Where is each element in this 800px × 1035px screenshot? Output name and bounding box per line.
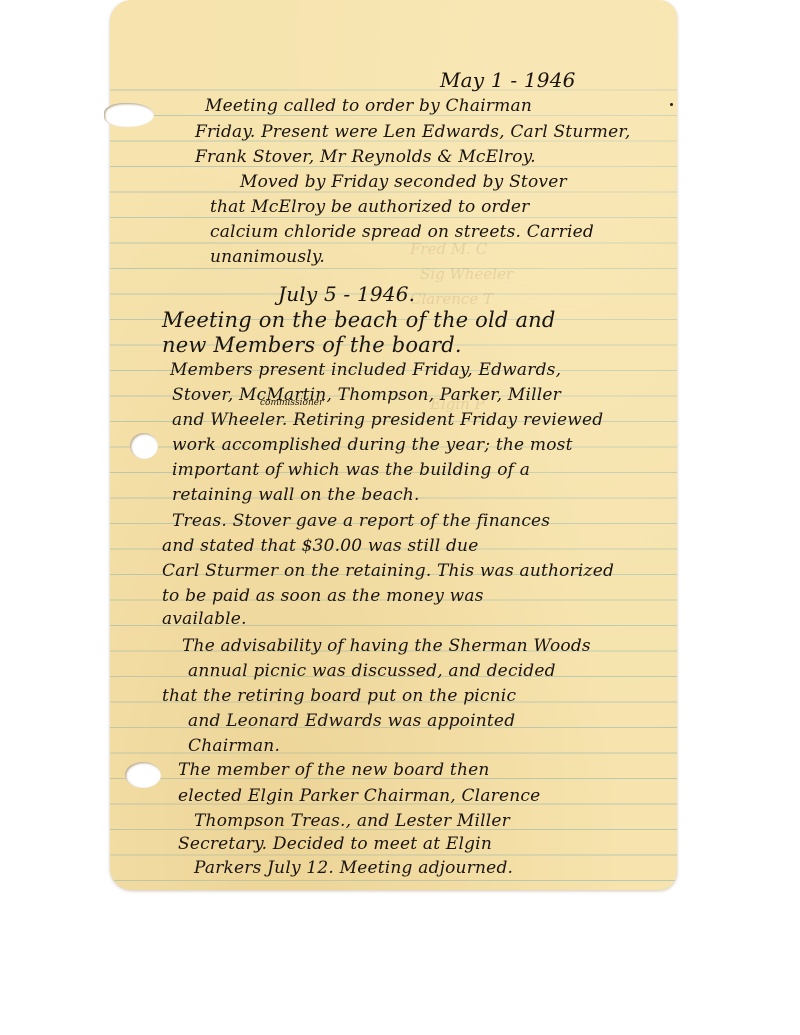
minutes-line: Parkers July 12. Meeting adjourned.: [194, 858, 513, 878]
bleed-through-text: Fred M. C: [410, 240, 487, 258]
minutes-line: Meeting called to order by Chairman: [205, 96, 532, 116]
minutes-line: Members present included Friday, Edwards…: [170, 360, 561, 380]
minutes-line: elected Elgin Parker Chairman, Clarence: [178, 786, 540, 806]
bleed-through-text: Clarence T: [410, 290, 493, 308]
bleed-through-text: Sig Wheeler: [420, 265, 513, 283]
minutes-line: The advisability of having the Sherman W…: [182, 636, 591, 656]
minutes-line: unanimously.: [210, 247, 325, 267]
minutes-line: and stated that $30.00 was still due: [162, 536, 478, 556]
minutes-line: new Members of the board.: [162, 333, 462, 357]
minutes-line: available.: [162, 609, 247, 629]
entry-date: July 5 - 1946.: [278, 282, 415, 306]
minutes-line: Frank Stover, Mr Reynolds & McElroy.: [195, 147, 536, 167]
punch-hole-bottom: [125, 762, 161, 788]
minutes-line: Chairman.: [188, 736, 280, 756]
minutes-line: that McElroy be authorized to order: [210, 197, 530, 217]
minutes-line: that the retiring board put on the picni…: [162, 686, 516, 706]
minutes-line: The member of the new board then: [178, 760, 490, 780]
punch-hole-top: [104, 103, 154, 127]
minutes-line: annual picnic was discussed, and decided: [188, 661, 556, 681]
interlinear-insertion: commissioner: [260, 398, 323, 408]
minutes-line: work accomplished during the year; the m…: [172, 435, 573, 455]
ink-dot: [670, 103, 673, 106]
minutes-line: Meeting on the beach of the old and: [162, 308, 556, 332]
minutes-line: Carl Sturmer on the retaining. This was …: [162, 561, 614, 581]
minutes-line: calcium chloride spread on streets. Carr…: [210, 222, 594, 242]
minutes-line: and Wheeler. Retiring president Friday r…: [172, 410, 603, 430]
minutes-line: Thompson Treas., and Lester Miller: [194, 811, 510, 831]
minutes-line: to be paid as soon as the money was: [162, 586, 484, 606]
punch-hole-middle: [130, 433, 158, 459]
minutes-line: Moved by Friday seconded by Stover: [240, 172, 567, 192]
notepaper-page: Fred M. C Sig Wheeler Clarence T Elgin P…: [110, 0, 677, 890]
minutes-line: important of which was the building of a: [172, 460, 530, 480]
minutes-line: and Leonard Edwards was appointed: [188, 711, 515, 731]
minutes-line: Friday. Present were Len Edwards, Carl S…: [195, 122, 630, 142]
minutes-line: Treas. Stover gave a report of the finan…: [172, 511, 550, 531]
minutes-line: retaining wall on the beach.: [172, 485, 420, 505]
minutes-line: Secretary. Decided to meet at Elgin: [178, 834, 492, 854]
minutes-line: Stover, McMartin, Thompson, Parker, Mill…: [172, 385, 561, 405]
entry-date: May 1 - 1946: [440, 68, 576, 92]
